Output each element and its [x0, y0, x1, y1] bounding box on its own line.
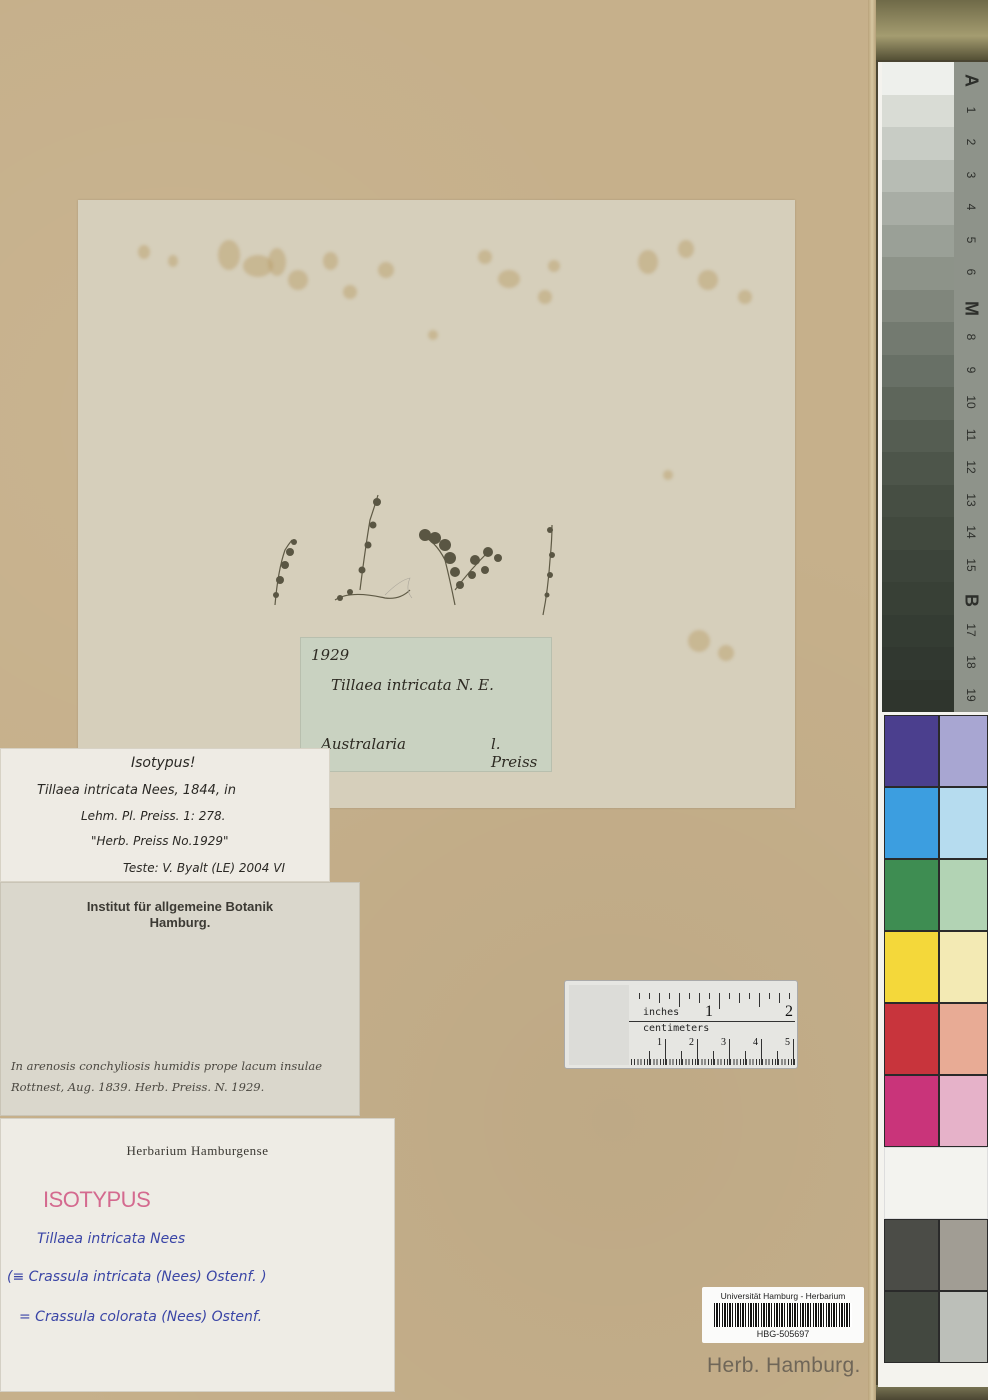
cm-mark-1: 1: [657, 1037, 662, 1048]
gray-step: [882, 225, 954, 258]
ruler-inches-label: inches: [643, 1007, 679, 1018]
gray-step-label: 11: [964, 418, 978, 452]
gray-step: [882, 355, 954, 388]
ruler-divider: [629, 1021, 795, 1022]
ruler-cm-label: centimeters: [643, 1023, 709, 1034]
color-patch-light: [939, 1075, 988, 1147]
institute-label: Institut für allgemeine Botanik Hamburg.…: [0, 882, 360, 1116]
color-patch-light: [939, 1291, 988, 1363]
gray-step: [882, 615, 954, 648]
cm-mark-3: 3: [721, 1037, 726, 1048]
det-line-2: Tillaea intricata Nees, 1844, in: [37, 783, 236, 798]
gray-step-label: 13: [964, 483, 978, 517]
gray-step: [882, 387, 954, 420]
institute-heading-line1: Institut für allgemeine Botanik: [1, 899, 359, 915]
color-patch-dark: [884, 715, 939, 787]
gray-step: [882, 647, 954, 680]
color-patch-dark: [884, 1219, 939, 1291]
annotation-line-2: (≡ Crassula intricata (Nees) Ostenf. ): [7, 1269, 267, 1285]
cm-mark-4: 4: [753, 1037, 758, 1048]
gray-step: [882, 517, 954, 550]
annotation-line-1: Tillaea intricata Nees: [37, 1231, 185, 1247]
habitat-line-1: In arenosis conchyliosis humidis prope l…: [11, 1059, 322, 1073]
inch-mark-2: 2: [785, 1003, 793, 1021]
gray-step: [882, 95, 954, 128]
inch-mark-1: 1: [705, 1003, 713, 1021]
institute-heading: Institut für allgemeine Botanik Hamburg.: [1, 899, 359, 931]
scale-ruler: inches centimeters 1 2 1 2 3 4 5: [564, 980, 798, 1069]
gray-step: [882, 452, 954, 485]
gray-step: [882, 257, 954, 290]
barcode-icon: [714, 1303, 852, 1327]
collector: l. Preiss: [491, 735, 551, 771]
barcode-number: HBG-505697: [702, 1329, 864, 1339]
gray-step-label: 17: [964, 613, 978, 647]
gray-step-label: 4: [964, 190, 978, 224]
gray-step: [882, 680, 954, 713]
color-patch-dark: [884, 931, 939, 1003]
color-patch-light: [939, 859, 988, 931]
herb-hamburg-stamp: Herb. Hamburg.: [707, 1354, 861, 1378]
gray-step-label: 5: [964, 223, 978, 257]
color-patch-dark: [884, 859, 939, 931]
gray-step: [882, 290, 954, 323]
ruler-blank-area: [569, 985, 629, 1065]
color-patch-light: [939, 1219, 988, 1291]
gray-step-label: 19: [964, 678, 978, 712]
color-patch-dark: [884, 1291, 939, 1363]
gray-step: [882, 192, 954, 225]
isotypus-stamp: ISOTYPUS: [43, 1187, 150, 1213]
cm-mark-5: 5: [785, 1037, 790, 1048]
det-line-3: Lehm. Pl. Preiss. 1: 278.: [81, 809, 225, 823]
gray-step: [882, 550, 954, 583]
color-patch-dark: [884, 1075, 939, 1147]
gray-step-label: 8: [964, 320, 978, 354]
barcode-label: Universität Hamburg - Herbarium HBG-5056…: [702, 1287, 864, 1343]
gray-step-label: 1: [964, 93, 978, 127]
scanner-background-top: [876, 0, 988, 60]
white-patch: [884, 1147, 988, 1219]
original-collection-label: 1929 Tillaea intricata N. E. Australaria…: [300, 637, 552, 772]
annotation-line-3: = Crassula colorata (Nees) Ostenf.: [19, 1309, 262, 1325]
taxon-name: Tillaea intricata N. E.: [331, 676, 494, 694]
herbarium-hamburgense-label: Herbarium Hamburgense ISOTYPUS Tillaea i…: [0, 1118, 395, 1392]
gray-step: [882, 582, 954, 615]
gray-step-label: 6: [964, 255, 978, 289]
det-line-5: Teste: V. Byalt (LE) 2004 VI: [123, 861, 285, 875]
locality: Australaria: [321, 735, 406, 753]
gray-step-label: 2: [964, 125, 978, 159]
color-patch-light: [939, 1003, 988, 1075]
color-patch-dark: [884, 787, 939, 859]
determination-label: Isotypus! Tillaea intricata Nees, 1844, …: [0, 748, 330, 882]
gray-step: [882, 127, 954, 160]
gray-step-label: 9: [964, 353, 978, 387]
gray-scale-label-strip: A123456M89101112131415B171819: [954, 62, 988, 712]
collection-number: 1929: [311, 646, 349, 664]
gray-step-label: 12: [964, 450, 978, 484]
det-line-4: "Herb. Preiss No.1929": [91, 834, 229, 848]
gray-step-label: 15: [964, 548, 978, 582]
gray-scale-steps: [882, 62, 954, 712]
institute-heading-line2: Hamburg.: [1, 915, 359, 931]
color-patch-light: [939, 787, 988, 859]
scanner-background-bottom: [876, 1385, 988, 1400]
gray-step-label: 10: [964, 385, 978, 419]
habitat-line-2: Rottnest, Aug. 1839. Herb. Preiss. N. 19…: [11, 1080, 264, 1094]
gray-step-label: 18: [964, 645, 978, 679]
gray-step: [882, 420, 954, 453]
gray-step: [882, 160, 954, 193]
det-line-1: Isotypus!: [131, 755, 195, 771]
color-patch-light: [939, 931, 988, 1003]
barcode-title: Universität Hamburg - Herbarium: [702, 1291, 864, 1301]
gray-step-label: 3: [964, 158, 978, 192]
color-patch-light: [939, 715, 988, 787]
gray-step: [882, 485, 954, 518]
herbarium-title: Herbarium Hamburgense: [1, 1143, 394, 1159]
plant-specimen: [250, 480, 580, 630]
gray-step: [882, 322, 954, 355]
gray-step: [882, 62, 954, 95]
gray-step-label: 14: [964, 515, 978, 549]
cm-mark-2: 2: [689, 1037, 694, 1048]
color-patch-dark: [884, 1003, 939, 1075]
